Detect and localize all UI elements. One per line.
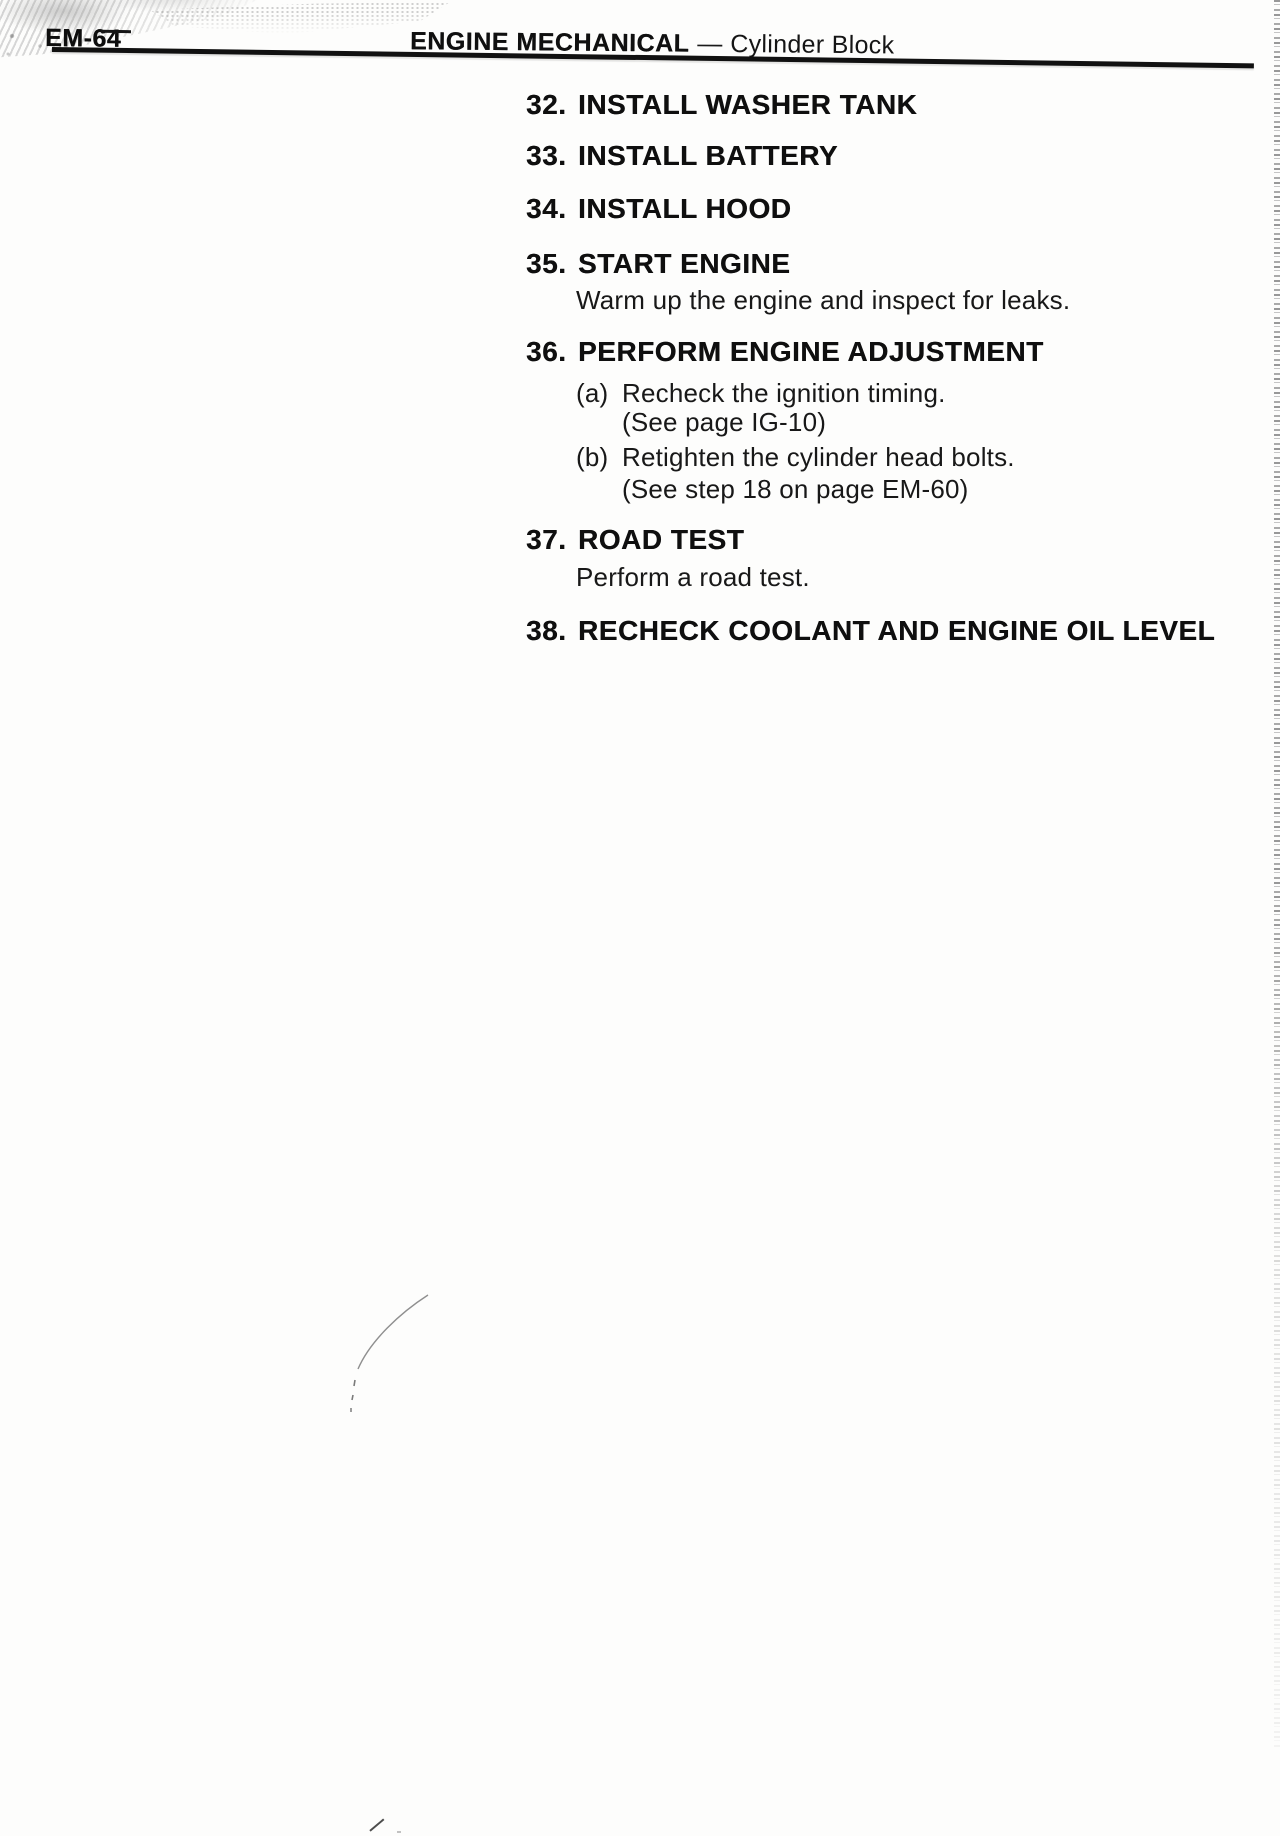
step-number: 38. [526, 616, 578, 647]
step-number: 33. [526, 141, 578, 172]
scan-hair-artifact [330, 1285, 450, 1425]
step-36-substep-b: (b) Retighten the cylinder head bolts. [576, 443, 1015, 472]
header-separator: — [689, 30, 730, 58]
scan-artifact-tick [101, 30, 131, 33]
scan-bottom-speck [397, 1831, 401, 1833]
step-title: ROAD TEST [578, 525, 744, 556]
step-35: 35. START ENGINE [526, 249, 790, 280]
step-36-substep-b-ref: (See step 18 on page EM-60) [622, 475, 969, 504]
step-title: INSTALL BATTERY [578, 141, 838, 172]
step-36: 36. PERFORM ENGINE ADJUSTMENT [526, 337, 1044, 368]
substep-letter: (b) [576, 443, 622, 472]
step-37-body: Perform a road test. [576, 563, 810, 592]
substep-text: Retighten the cylinder head bolts. [622, 443, 1015, 472]
step-number: 37. [526, 525, 578, 556]
substep-letter: (a) [576, 379, 622, 408]
step-title: START ENGINE [578, 249, 790, 280]
substep-text: Recheck the ignition timing. [622, 379, 946, 408]
step-title: INSTALL WASHER TANK [578, 90, 917, 121]
manual-page: EM-64 ENGINE MECHANICAL—Cylinder Block 3… [0, 0, 1280, 1836]
step-title: RECHECK COOLANT AND ENGINE OIL LEVEL [578, 616, 1215, 647]
step-36-substep-a: (a) Recheck the ignition timing. [576, 379, 946, 408]
header-subsection-title: Cylinder Block [730, 30, 894, 59]
step-number: 36. [526, 337, 578, 368]
scan-page-edge-noise [1274, 0, 1280, 1750]
step-number: 35. [526, 249, 578, 280]
step-35-body: Warm up the engine and inspect for leaks… [576, 286, 1070, 315]
step-34: 34. INSTALL HOOD [526, 194, 791, 225]
scan-bottom-slash-mark [369, 1818, 384, 1831]
step-number: 34. [526, 194, 578, 225]
step-number: 32. [526, 90, 578, 121]
step-32: 32. INSTALL WASHER TANK [526, 90, 917, 121]
step-title: INSTALL HOOD [578, 194, 791, 225]
step-36-substep-a-ref: (See page IG-10) [622, 408, 826, 437]
step-38: 38. RECHECK COOLANT AND ENGINE OIL LEVEL [526, 616, 1215, 647]
step-33: 33. INSTALL BATTERY [526, 141, 838, 172]
step-37: 37. ROAD TEST [526, 525, 744, 556]
step-title: PERFORM ENGINE ADJUSTMENT [578, 337, 1044, 368]
